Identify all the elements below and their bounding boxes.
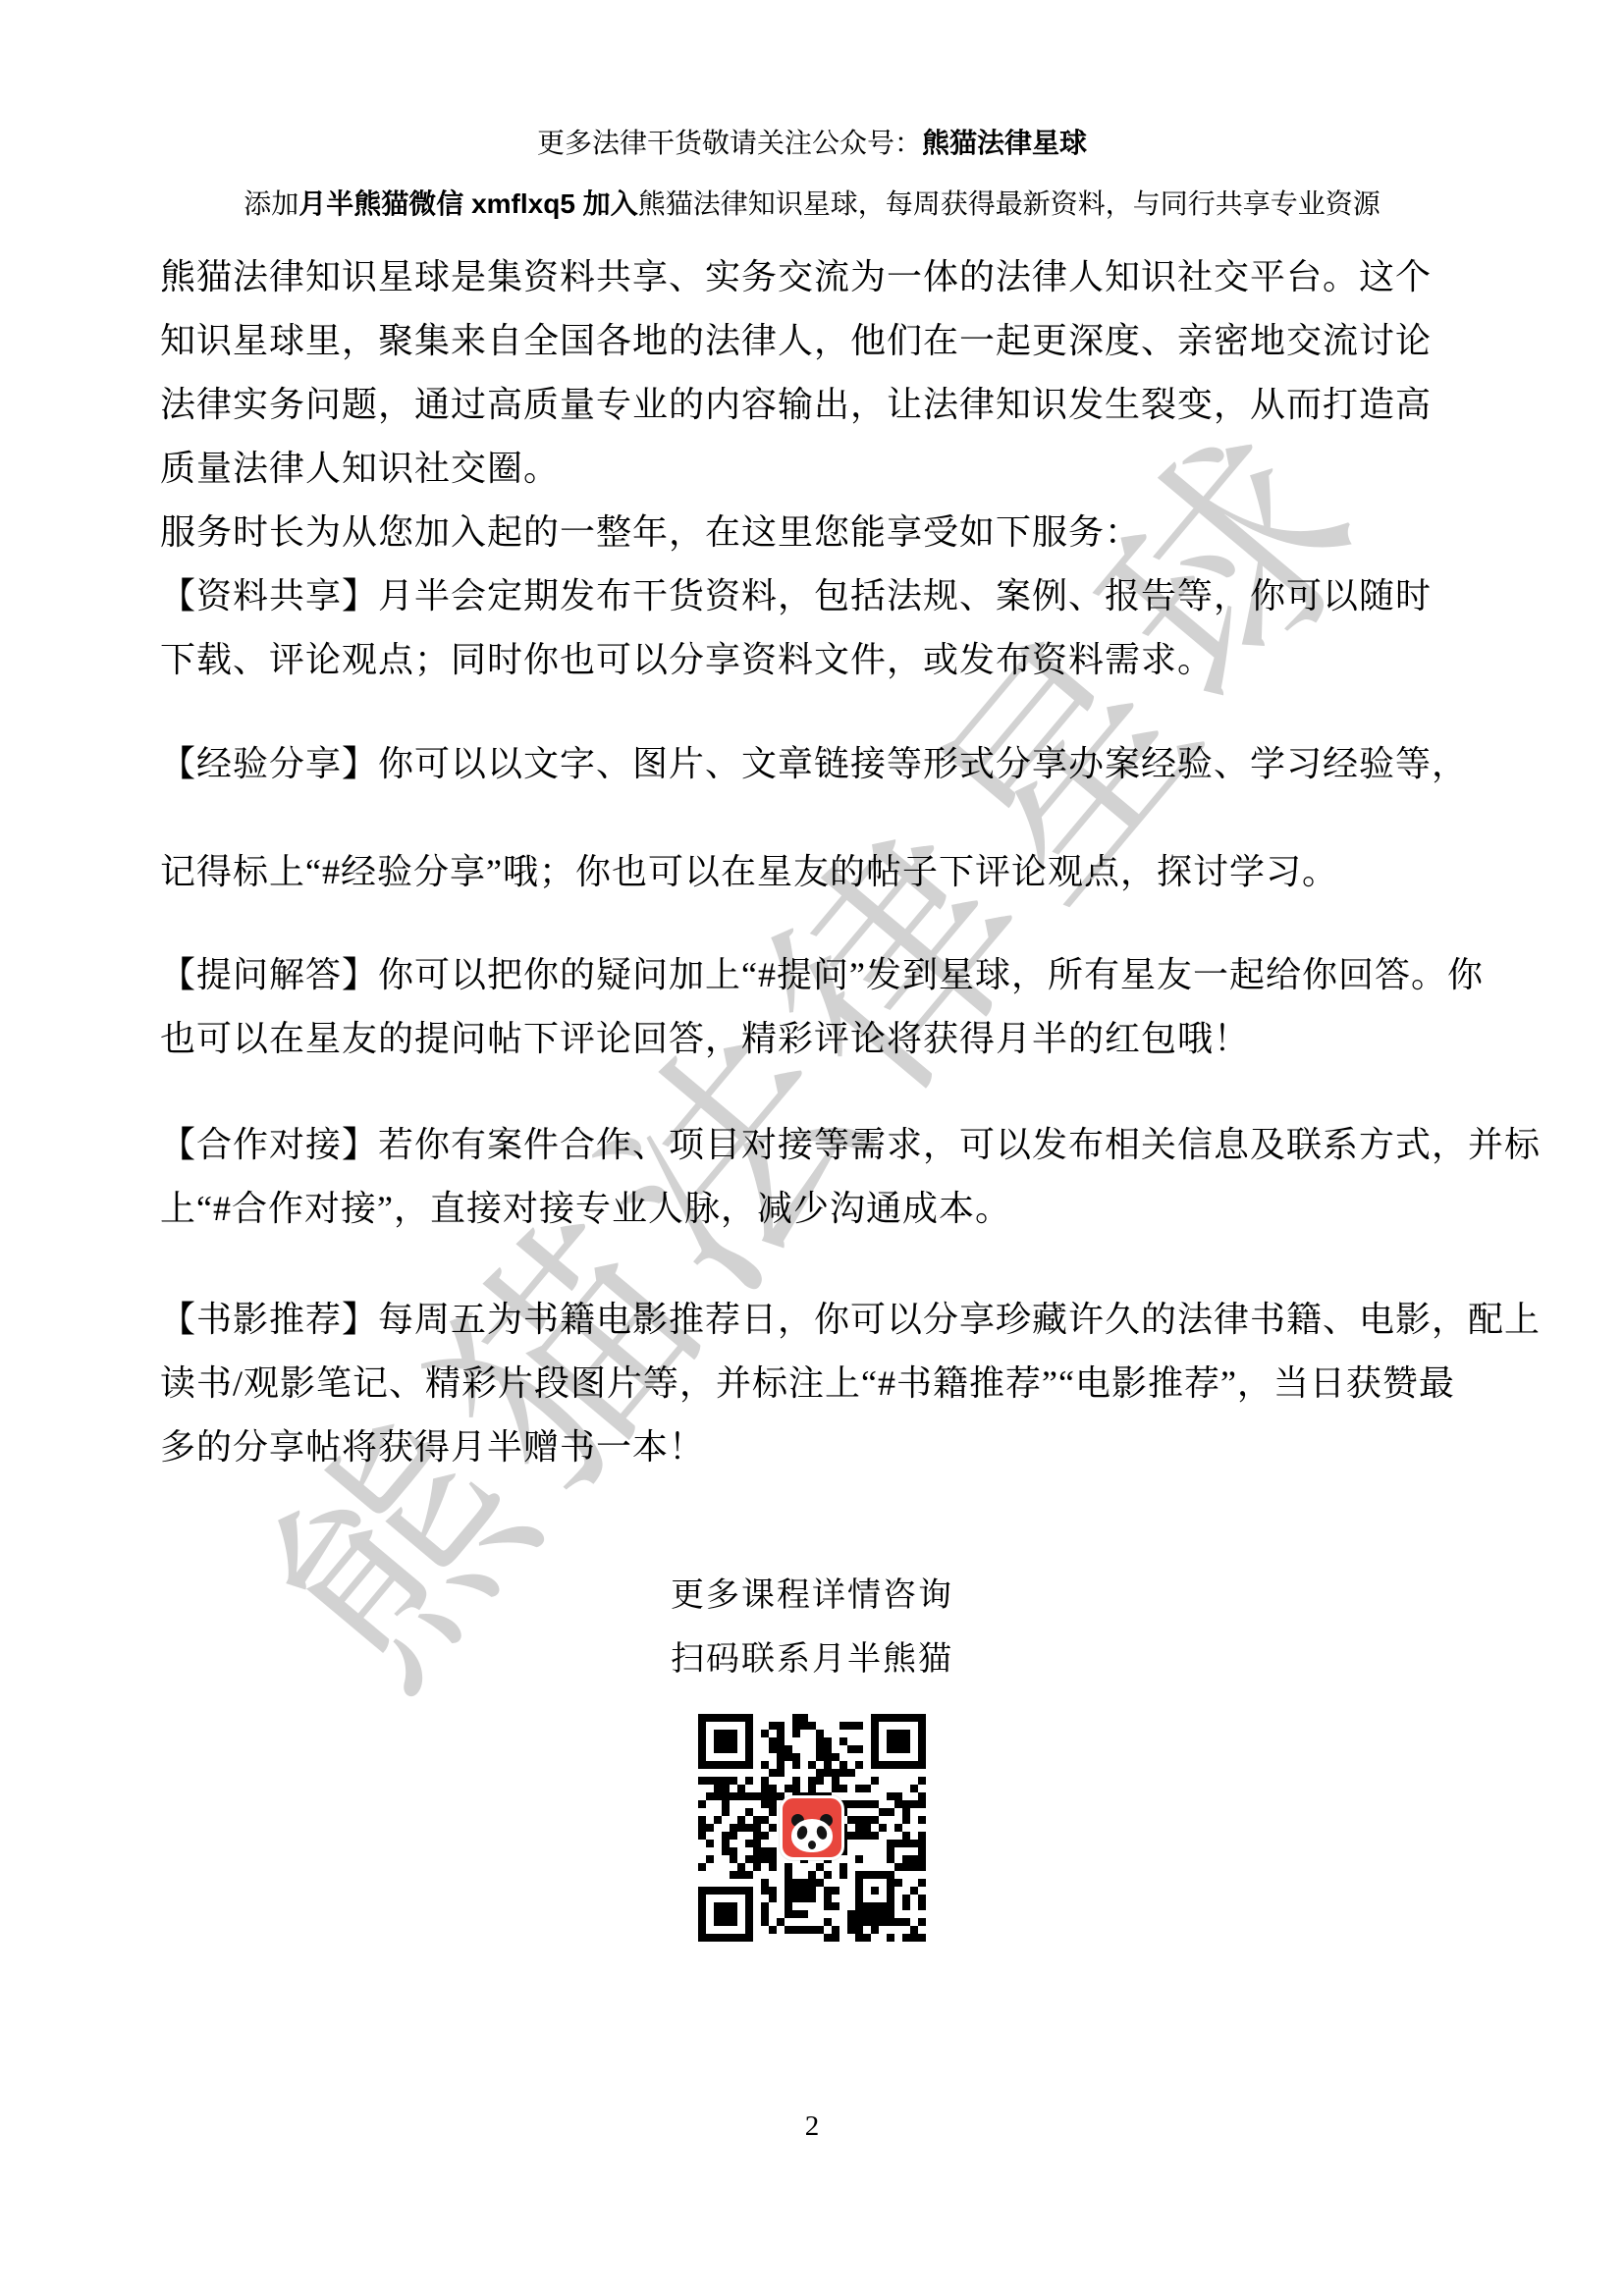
text-line: 也可以在星友的提问帖下评论回答，精彩评论将获得月半的红包哦！ bbox=[160, 1007, 1464, 1071]
panda-eye-icon bbox=[815, 1825, 829, 1841]
text-line: 记得标上“#经验分享”哦；你也可以在星友的帖子下评论观点，探讨学习。 bbox=[160, 840, 1464, 904]
panda-eye-icon bbox=[795, 1825, 809, 1841]
document-page: 熊猫法律星球 更多法律干货敬请关注公众号：熊猫法律星球 添加月半熊猫微信 xmf… bbox=[0, 0, 1624, 2296]
text-line: 【书影推荐】每周五为书籍电影推荐日，你可以分享珍藏许久的法律书籍、电影，配上 bbox=[160, 1288, 1464, 1352]
text-line: 熊猫法律知识星球是集资料共享、实务交流为一体的法律人知识社交平台。这个 bbox=[160, 245, 1464, 309]
text-line: 法律实务问题，通过高质量专业的内容输出，让法律知识发生裂变，从而打造高 bbox=[160, 373, 1464, 437]
panda-face-icon bbox=[791, 1819, 833, 1852]
text-line: 多的分享帖将获得月半赠书一本！ bbox=[160, 1415, 1464, 1479]
contact-heading-1: 更多课程详情咨询 bbox=[0, 1564, 1624, 1628]
text-line: 【提问解答】你可以把你的疑问加上“#提问”发到星球，所有星友一起给你回答。你 bbox=[160, 943, 1464, 1007]
header-line-2-suffix: 熊猫法律知识星球，每周获得最新资料，与同行共享专业资源 bbox=[638, 188, 1380, 219]
intro-paragraph: 熊猫法律知识星球是集资料共享、实务交流为一体的法律人知识社交平台。这个 知识星球… bbox=[160, 245, 1464, 692]
text-line: 【经验分享】你可以以文字、图片、文章链接等形式分享办案经验、学习经验等， bbox=[160, 732, 1464, 796]
text-line: 下载、评论观点；同时你也可以分享资料文件，或发布资料需求。 bbox=[160, 628, 1464, 692]
section-experience-share-line-1: 【经验分享】你可以以文字、图片、文章链接等形式分享办案经验、学习经验等， bbox=[160, 732, 1464, 796]
section-question-answer: 【提问解答】你可以把你的疑问加上“#提问”发到星球，所有星友一起给你回答。你 也… bbox=[160, 943, 1464, 1071]
header-line-2: 添加月半熊猫微信 xmflxq5 加入熊猫法律知识星球，每周获得最新资料，与同行… bbox=[0, 187, 1624, 222]
section-cooperation: 【合作对接】若你有案件合作、项目对接等需求，可以发布相关信息及联系方式，并标 上… bbox=[160, 1113, 1464, 1241]
header-line-2-wechat-id: 月半熊猫微信 xmflxq5 加入 bbox=[298, 188, 637, 219]
text-line: 上“#合作对接”，直接对接专业人脉，减少沟通成本。 bbox=[160, 1177, 1464, 1241]
panda-mouth-icon bbox=[808, 1841, 816, 1849]
text-line: 【合作对接】若你有案件合作、项目对接等需求，可以发布相关信息及联系方式，并标 bbox=[160, 1113, 1464, 1177]
section-experience-share-line-2: 记得标上“#经验分享”哦；你也可以在星友的帖子下评论观点，探讨学习。 bbox=[160, 840, 1464, 904]
text-line: 服务时长为从您加入起的一整年，在这里您能享受如下服务： bbox=[160, 501, 1464, 564]
contact-heading-2: 扫码联系月半熊猫 bbox=[0, 1628, 1624, 1691]
header-line-1-prefix: 更多法律干货敬请关注公众号： bbox=[537, 128, 922, 158]
section-book-movie-recommend: 【书影推荐】每周五为书籍电影推荐日，你可以分享珍藏许久的法律书籍、电影，配上 读… bbox=[160, 1288, 1464, 1479]
text-line: 质量法律人知识社交圈。 bbox=[160, 437, 1464, 501]
wechat-qr-code bbox=[698, 1714, 926, 1942]
text-line: 知识星球里，聚集来自全国各地的法律人，他们在一起更深度、亲密地交流讨论 bbox=[160, 309, 1464, 373]
text-line: 【资料共享】月半会定期发布干货资料，包括法规、案例、报告等，你可以随时 bbox=[160, 564, 1464, 628]
panda-logo bbox=[780, 1795, 844, 1860]
text-line: 读书/观影笔记、精彩片段图片等，并标注上“#书籍推荐”“电影推荐”，当日获赞最 bbox=[160, 1352, 1464, 1415]
page-number: 2 bbox=[0, 2110, 1624, 2143]
header-line-1-brand: 熊猫法律星球 bbox=[922, 128, 1087, 158]
header-line-2-prefix: 添加 bbox=[244, 188, 298, 219]
header-line-1: 更多法律干货敬请关注公众号：熊猫法律星球 bbox=[0, 126, 1624, 161]
